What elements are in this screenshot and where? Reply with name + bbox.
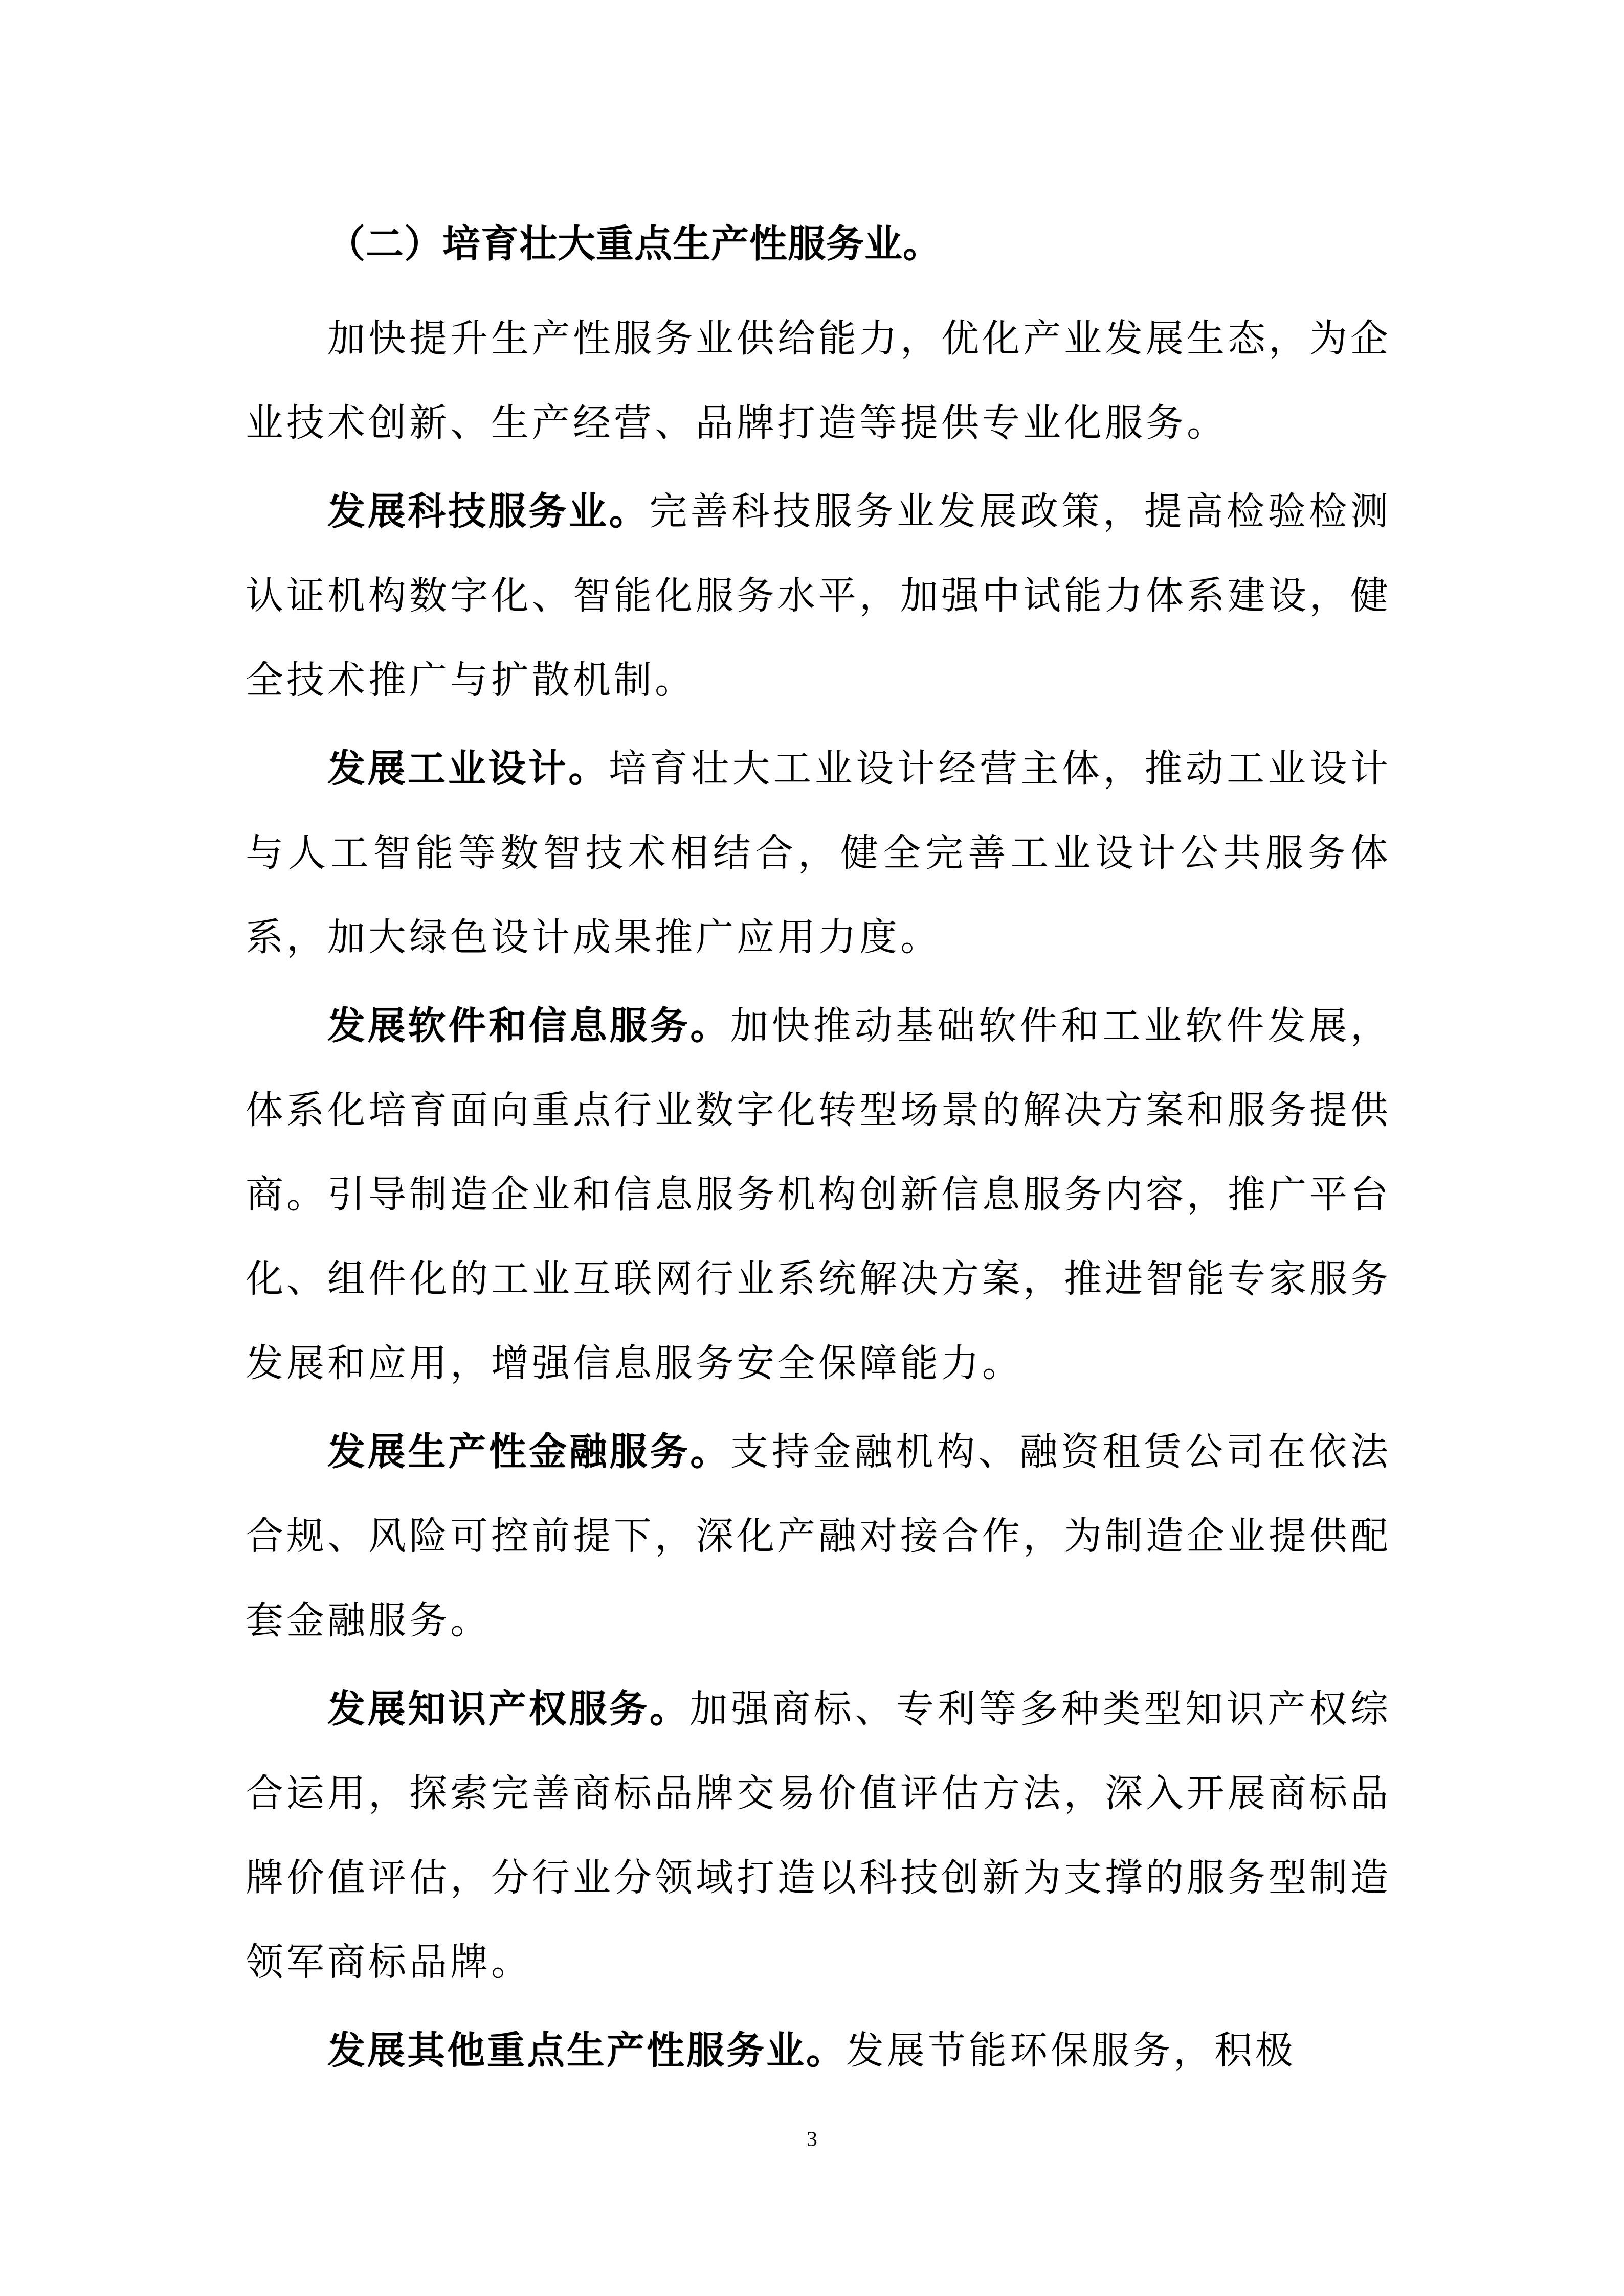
paragraph-finance: 发展生产性金融服务。支持金融机构、融资租赁公司在依法合规、风险可控前提下，深化产…	[246, 1410, 1391, 1663]
paragraph-industrial-design: 发展工业设计。培育壮大工业设计经营主体，推动工业设计与人工智能等数智技术相结合，…	[246, 727, 1391, 980]
paragraph-intro: 加快提升生产性服务业供给能力，优化产业发展生态，为企业技术创新、生产经营、品牌打…	[246, 297, 1391, 465]
paragraph-tech-services: 发展科技服务业。完善科技服务业发展政策，提高检验检测认证机构数字化、智能化服务水…	[246, 469, 1391, 723]
paragraph-lead: 发展其他重点生产性服务业。	[327, 2029, 846, 2073]
page-content: （二）培育壮大重点生产性服务业。 加快提升生产性服务业供给能力，优化产业发展生态…	[246, 202, 1391, 2097]
paragraph-text: 发展节能环保服务，积极	[846, 2029, 1296, 2073]
paragraph-software-info: 发展软件和信息服务。加快推动基础软件和工业软件发展，体系化培育面向重点行业数字化…	[246, 984, 1391, 1406]
paragraph-lead: 发展软件和信息服务。	[327, 1004, 730, 1048]
paragraph-lead: 发展科技服务业。	[327, 489, 649, 533]
paragraph-lead: 发展工业设计。	[327, 747, 609, 791]
paragraph-lead: 发展知识产权服务。	[327, 1687, 689, 1731]
paragraph-other-services: 发展其他重点生产性服务业。发展节能环保服务，积极	[246, 2009, 1391, 2093]
paragraph-text: 加强商标、专利等多种类型知识产权综合运用，探索完善商标品牌交易价值评估方法，深入…	[246, 1687, 1391, 1984]
paragraph-lead: 发展生产性金融服务。	[327, 1430, 730, 1474]
section-heading: （二）培育壮大重点生产性服务业。	[246, 202, 1391, 286]
document-page: （二）培育壮大重点生产性服务业。 加快提升生产性服务业供给能力，优化产业发展生态…	[0, 0, 1624, 2296]
page-number: 3	[0, 2127, 1624, 2152]
paragraph-text: 加快推动基础软件和工业软件发展，体系化培育面向重点行业数字化转型场景的解决方案和…	[246, 1004, 1391, 1385]
paragraph-ip-services: 发展知识产权服务。加强商标、专利等多种类型知识产权综合运用，探索完善商标品牌交易…	[246, 1667, 1391, 2005]
paragraph-text: 加快提升生产性服务业供给能力，优化产业发展生态，为企业技术创新、生产经营、品牌打…	[246, 317, 1391, 445]
